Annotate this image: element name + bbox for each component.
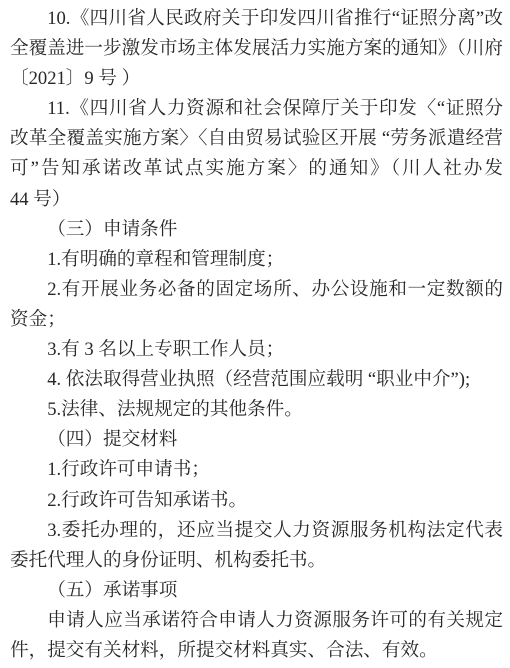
section-heading-line: （五）承诺事项	[10, 576, 503, 606]
list-item-line: 2.行政许可告知承诺书。	[10, 486, 503, 516]
list-item-line: 3.委托办理的，还应当提交人力资源服务机构法定代表人及	[10, 516, 503, 546]
list-item-line: 资金；	[10, 305, 503, 335]
section-heading-line: （三）申请条件	[10, 215, 503, 245]
section-heading-line: （四）提交材料	[10, 425, 503, 455]
list-item-line: 委托代理人的身份证明、机构委托书。	[10, 546, 503, 576]
list-item-line: 5.法律、法规规定的其他条件。	[10, 395, 503, 425]
list-item-line: 3.有 3 名以上专职工作人员；	[10, 335, 503, 365]
numbered-reference-line: 〔2021〕9 号 ）	[10, 64, 503, 94]
list-item-line: 1.有明确的章程和管理制度；	[10, 245, 503, 275]
numbered-reference-line: 44 号）	[10, 185, 503, 215]
body-text-line: 申请人应当承诺符合申请人力资源服务许可的有关规定条	[10, 606, 503, 636]
document-page: 10.《四川省人民政府关于印发四川省推行“证照分离”改革全覆盖进一步激发市场主体…	[0, 0, 510, 668]
numbered-reference-line: 10.《四川省人民政府关于印发四川省推行“证照分离”改革	[10, 4, 503, 34]
list-item-line: 4. 依法取得营业执照（经营范围应载明 “职业中介”);	[10, 365, 503, 395]
numbered-reference-line: 全覆盖进一步激发市场主体发展活力实施方案的通知》（川府发	[10, 34, 503, 64]
numbered-reference-line: 11.《四川省人力资源和社会保障厅关于印发〈“证照分离”	[10, 94, 503, 124]
list-item-line: 2.有开展业务必备的固定场所、办公设施和一定数额的开办	[10, 275, 503, 305]
document-text: 10.《四川省人民政府关于印发四川省推行“证照分离”改革全覆盖进一步激发市场主体…	[10, 4, 503, 666]
numbered-reference-line: 改革全覆盖实施方案〉〈自由贸易试验区开展 “劳务派遣经营许	[10, 124, 503, 154]
numbered-reference-line: 可”告知承诺改革试点实施方案〉的通知》（川人社办发〔2021〕	[10, 154, 503, 184]
list-item-line: 1.行政许可申请书；	[10, 455, 503, 485]
body-text-line: 件，提交有关材料，所提交材料真实、合法、有效。	[10, 636, 503, 666]
